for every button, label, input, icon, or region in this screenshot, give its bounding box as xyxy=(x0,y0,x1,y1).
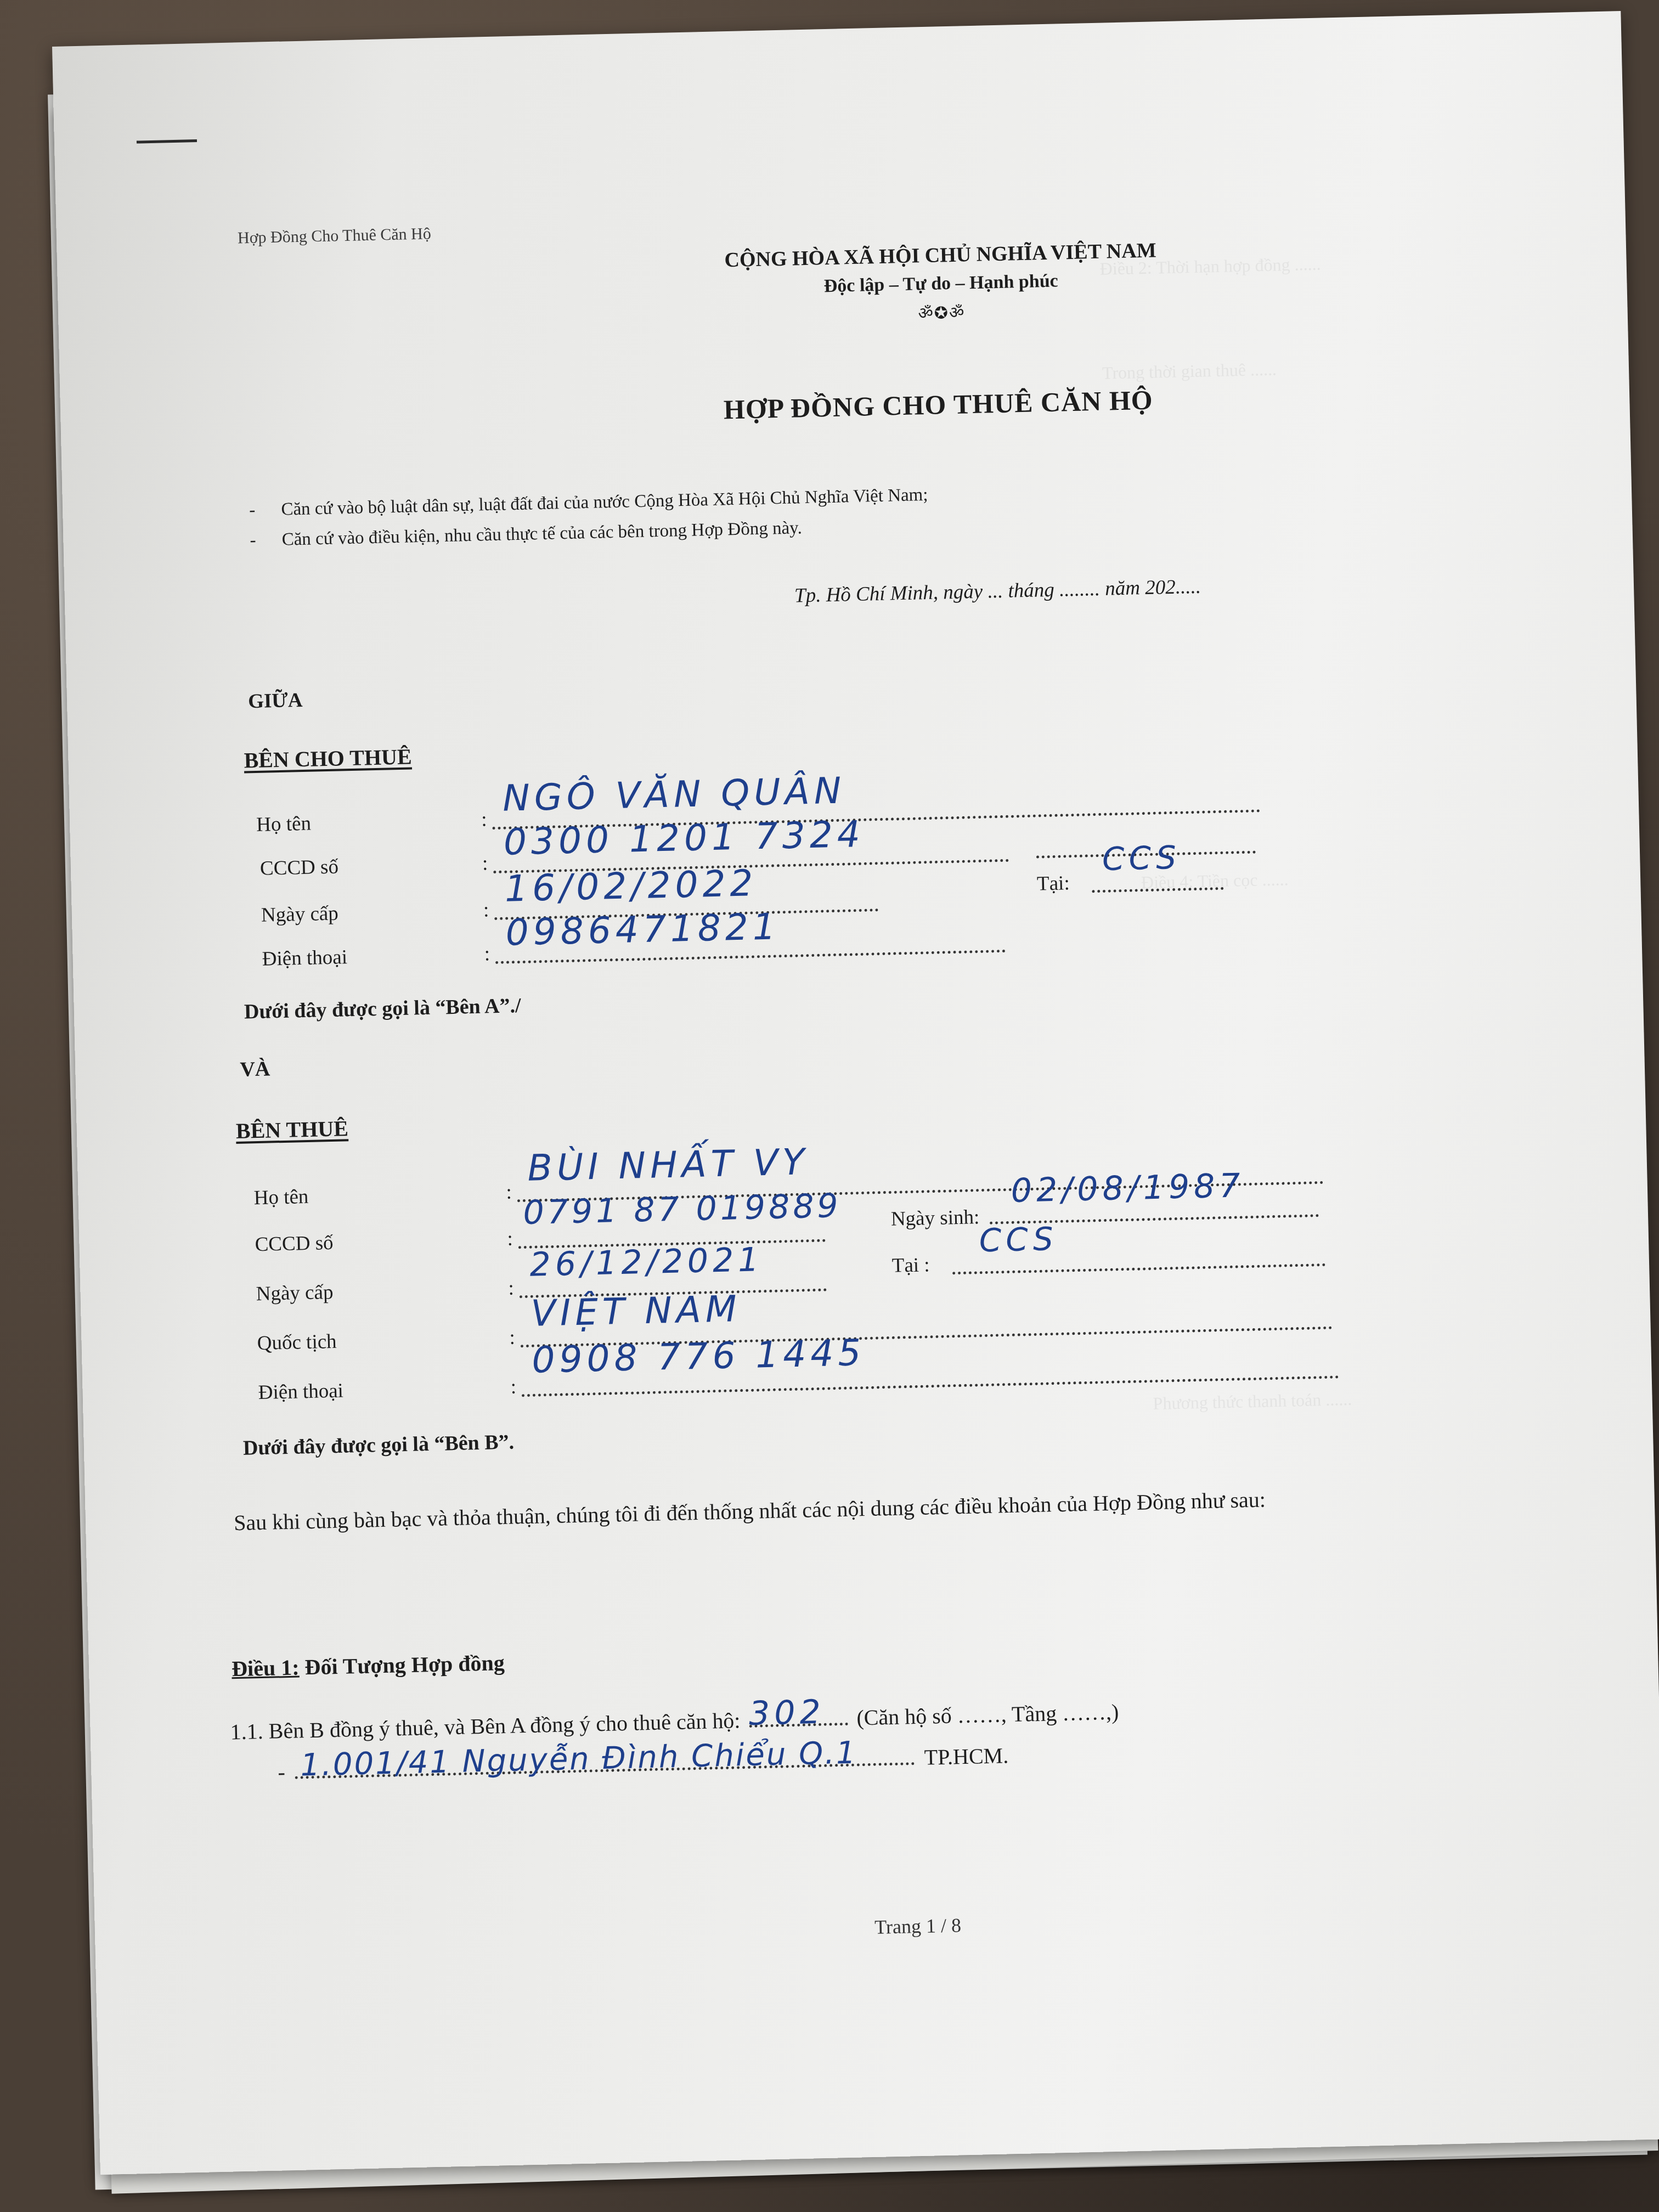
running-header: Hợp Đồng Cho Thuê Căn Hộ xyxy=(238,224,431,247)
place-date-line: Tp. Hồ Chí Minh, ngày ... tháng ........… xyxy=(794,575,1201,608)
lessor-issue-date-label: Ngày cấp xyxy=(261,902,339,927)
lessee-dob-value: 02/08/1987 xyxy=(1011,1166,1245,1210)
and-label: VÀ xyxy=(240,1057,270,1081)
between-label: GIỮA xyxy=(248,689,303,713)
clause-1-1-suffix: (Căn hộ số ……, Tầng ……,) xyxy=(856,1700,1119,1730)
lessee-issue-place-label: Tại : xyxy=(891,1253,930,1278)
bullet-icon: - xyxy=(250,530,278,551)
party-a-designation: Dưới đây được gọi là “Bên A”./ xyxy=(244,994,522,1024)
lessee-issue-date-label: Ngày cấp xyxy=(256,1280,334,1306)
article-1-heading: Đối Tượng Hợp đồng xyxy=(304,1650,505,1679)
lessee-dob-label: Ngày sinh: xyxy=(890,1205,979,1231)
colon: : xyxy=(510,1375,516,1398)
colon: : xyxy=(484,942,490,966)
lessee-issue-date-value: 26/12/2021 xyxy=(529,1240,764,1284)
legal-basis-item: - Căn cứ vào điều kiện, nhu cầu thực tế … xyxy=(250,518,802,551)
lessee-id-label: CCCD số xyxy=(255,1231,334,1256)
legal-basis-text: Căn cứ vào bộ luật dân sự, luật đất đai … xyxy=(281,485,928,520)
colon: : xyxy=(481,808,487,831)
address-dash: - xyxy=(278,1759,285,1784)
address-line: - 1.001/41 Nguyễn Đình Chiểu Q.1 TP.HCM. xyxy=(278,1742,1009,1785)
address-value: 1.001/41 Nguyễn Đình Chiểu Q.1 xyxy=(300,1735,857,1784)
lessor-phone-label: Điện thoại xyxy=(262,945,347,971)
lessee-phone-value: 0908 776 1445 xyxy=(532,1331,866,1381)
colon: : xyxy=(507,1227,513,1251)
lessee-name-label: Họ tên xyxy=(253,1185,309,1210)
legal-basis-text: Căn cứ vào điều kiện, nhu cầu thực tế củ… xyxy=(281,518,802,550)
bullet-icon: - xyxy=(249,500,277,521)
lessor-name-value: NGÔ VĂN QUÂN xyxy=(502,770,845,820)
contract-page: Điều 2: Thời hạn hợp đồng ...... Trong t… xyxy=(52,11,1659,2175)
legal-basis-item: - Căn cứ vào bộ luật dân sự, luật đất đa… xyxy=(249,485,928,521)
lessor-name-label: Họ tên xyxy=(256,812,312,837)
article-1-number: Điều 1: xyxy=(232,1655,300,1681)
clause-1-1: 1.1. Bên B đồng ý thuê, và Bên A đồng ý … xyxy=(230,1699,1119,1745)
lessee-heading: BÊN THUÊ xyxy=(235,1115,348,1144)
lessor-heading: BÊN CHO THUÊ xyxy=(244,743,412,773)
page-number: Trang 1 / 8 xyxy=(95,1898,1659,1956)
address-city: TP.HCM. xyxy=(924,1743,1008,1769)
colon: : xyxy=(506,1181,512,1204)
article-1-title: Điều 1: Đối Tượng Hợp đồng xyxy=(232,1650,505,1681)
pen-mark xyxy=(137,139,197,143)
lessee-nationality-label: Quốc tịch xyxy=(257,1330,337,1355)
agreement-paragraph: Sau khi cùng bàn bạc và thỏa thuận, chún… xyxy=(233,1474,1468,1544)
lessor-phone-value: 0986471821 xyxy=(505,905,781,953)
colon: : xyxy=(482,851,488,875)
lessee-issue-place-field[interactable] xyxy=(952,1263,1325,1274)
lessee-issue-place-value: CCS xyxy=(979,1220,1058,1259)
address-field[interactable]: 1.001/41 Nguyễn Đình Chiểu Q.1 xyxy=(295,1762,915,1779)
lessee-name-value: BÙI NHẤT VY xyxy=(527,1141,810,1189)
lessor-id-label: CCCD số xyxy=(260,855,339,881)
apartment-number-field[interactable]: 302 xyxy=(749,1723,848,1728)
lessor-id-value: 0300 1201 7324 xyxy=(503,813,865,864)
lessee-phone-label: Điện thoại xyxy=(258,1379,343,1405)
bleed-through-text: Phương thức thanh toán ...... xyxy=(1153,1389,1352,1414)
colon: : xyxy=(483,898,489,922)
colon: : xyxy=(509,1325,515,1349)
lessee-id-value: 0791 87 019889 xyxy=(523,1187,842,1232)
colon: : xyxy=(508,1276,514,1300)
bleed-through-text: Trong thời gian thuê ...... xyxy=(1102,359,1277,383)
lessee-nationality-value: VIỆT NAM xyxy=(531,1288,742,1335)
lessor-issue-date-value: 16/02/2022 xyxy=(504,862,758,910)
apartment-number-value: 302 xyxy=(748,1693,825,1733)
lessor-issue-place-label: Tại: xyxy=(1037,871,1070,895)
lessor-issue-place-value: CCS xyxy=(1102,839,1181,878)
party-b-designation: Dưới đây được gọi là “Bên B”. xyxy=(243,1430,515,1460)
document-title: HỢP ĐỒNG CHO THUÊ CĂN HỘ xyxy=(60,373,1630,441)
